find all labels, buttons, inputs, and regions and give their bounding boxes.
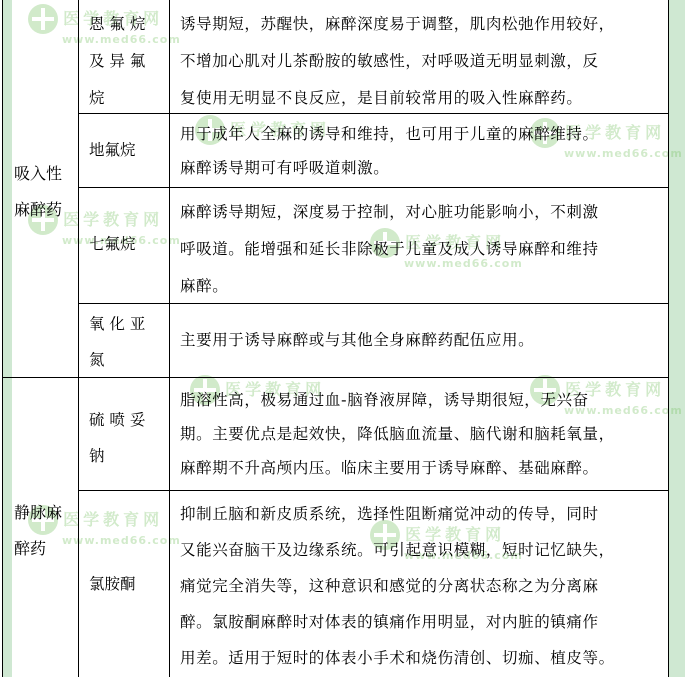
drug-description: 用于成年人全麻的诱导和维持，也可用于儿童的麻醉维持。 麻醉诱导期可有呼吸道刺激。 [180,117,599,185]
drug-name-thiopental-sodium: 硫 喷 妥 钠 [89,402,145,474]
category-label-inhaled: 吸入性 麻醉药 [14,156,62,228]
column-divider [169,0,170,677]
drug-name-ketamine: 氯胺酮 [89,572,136,597]
drug-name-desflurane: 地氟烷 [89,138,136,163]
drug-description: 主要用于诱导麻醉或与其他全身麻醉药配伍应用。 [180,328,534,353]
column-divider [78,0,79,677]
table-border-right [668,0,669,677]
row-divider [78,490,669,491]
drug-name-sevoflurane: 七氟烷 [89,232,136,257]
left-side-stripe [3,0,12,677]
watermark-logo-icon [28,4,58,34]
category-label-intravenous: 静脉麻 醉药 [14,495,62,567]
table-border-left [2,0,3,677]
drug-name-enflurane: 恩 氟 烷 及 异 氟 烷 [89,6,145,117]
drug-description: 麻醉诱导期短，深度易于控制，对心脏功能影响小，不刺激 呼吸道。能增强和延长非除极… [180,194,599,305]
right-side-stripe [669,0,685,677]
row-divider [78,187,669,188]
drug-description: 抑制丘脑和新皮质系统，选择性阻断痛觉冲动的传导，同时 又能兴奋脑干及边缘系统。可… [180,496,615,676]
drug-name-nitrous-oxide: 氧 化 亚 氮 [89,306,145,378]
drug-description: 诱导期短，苏醒快，麻醉深度易于调整，肌肉松弛作用较好， 不增加心肌对儿茶酚胺的敏… [180,6,615,117]
drug-description: 脂溶性高，极易通过血-脑脊液屏障，诱导期很短，无兴奋 期。主要优点是起效快，降低… [180,383,615,485]
